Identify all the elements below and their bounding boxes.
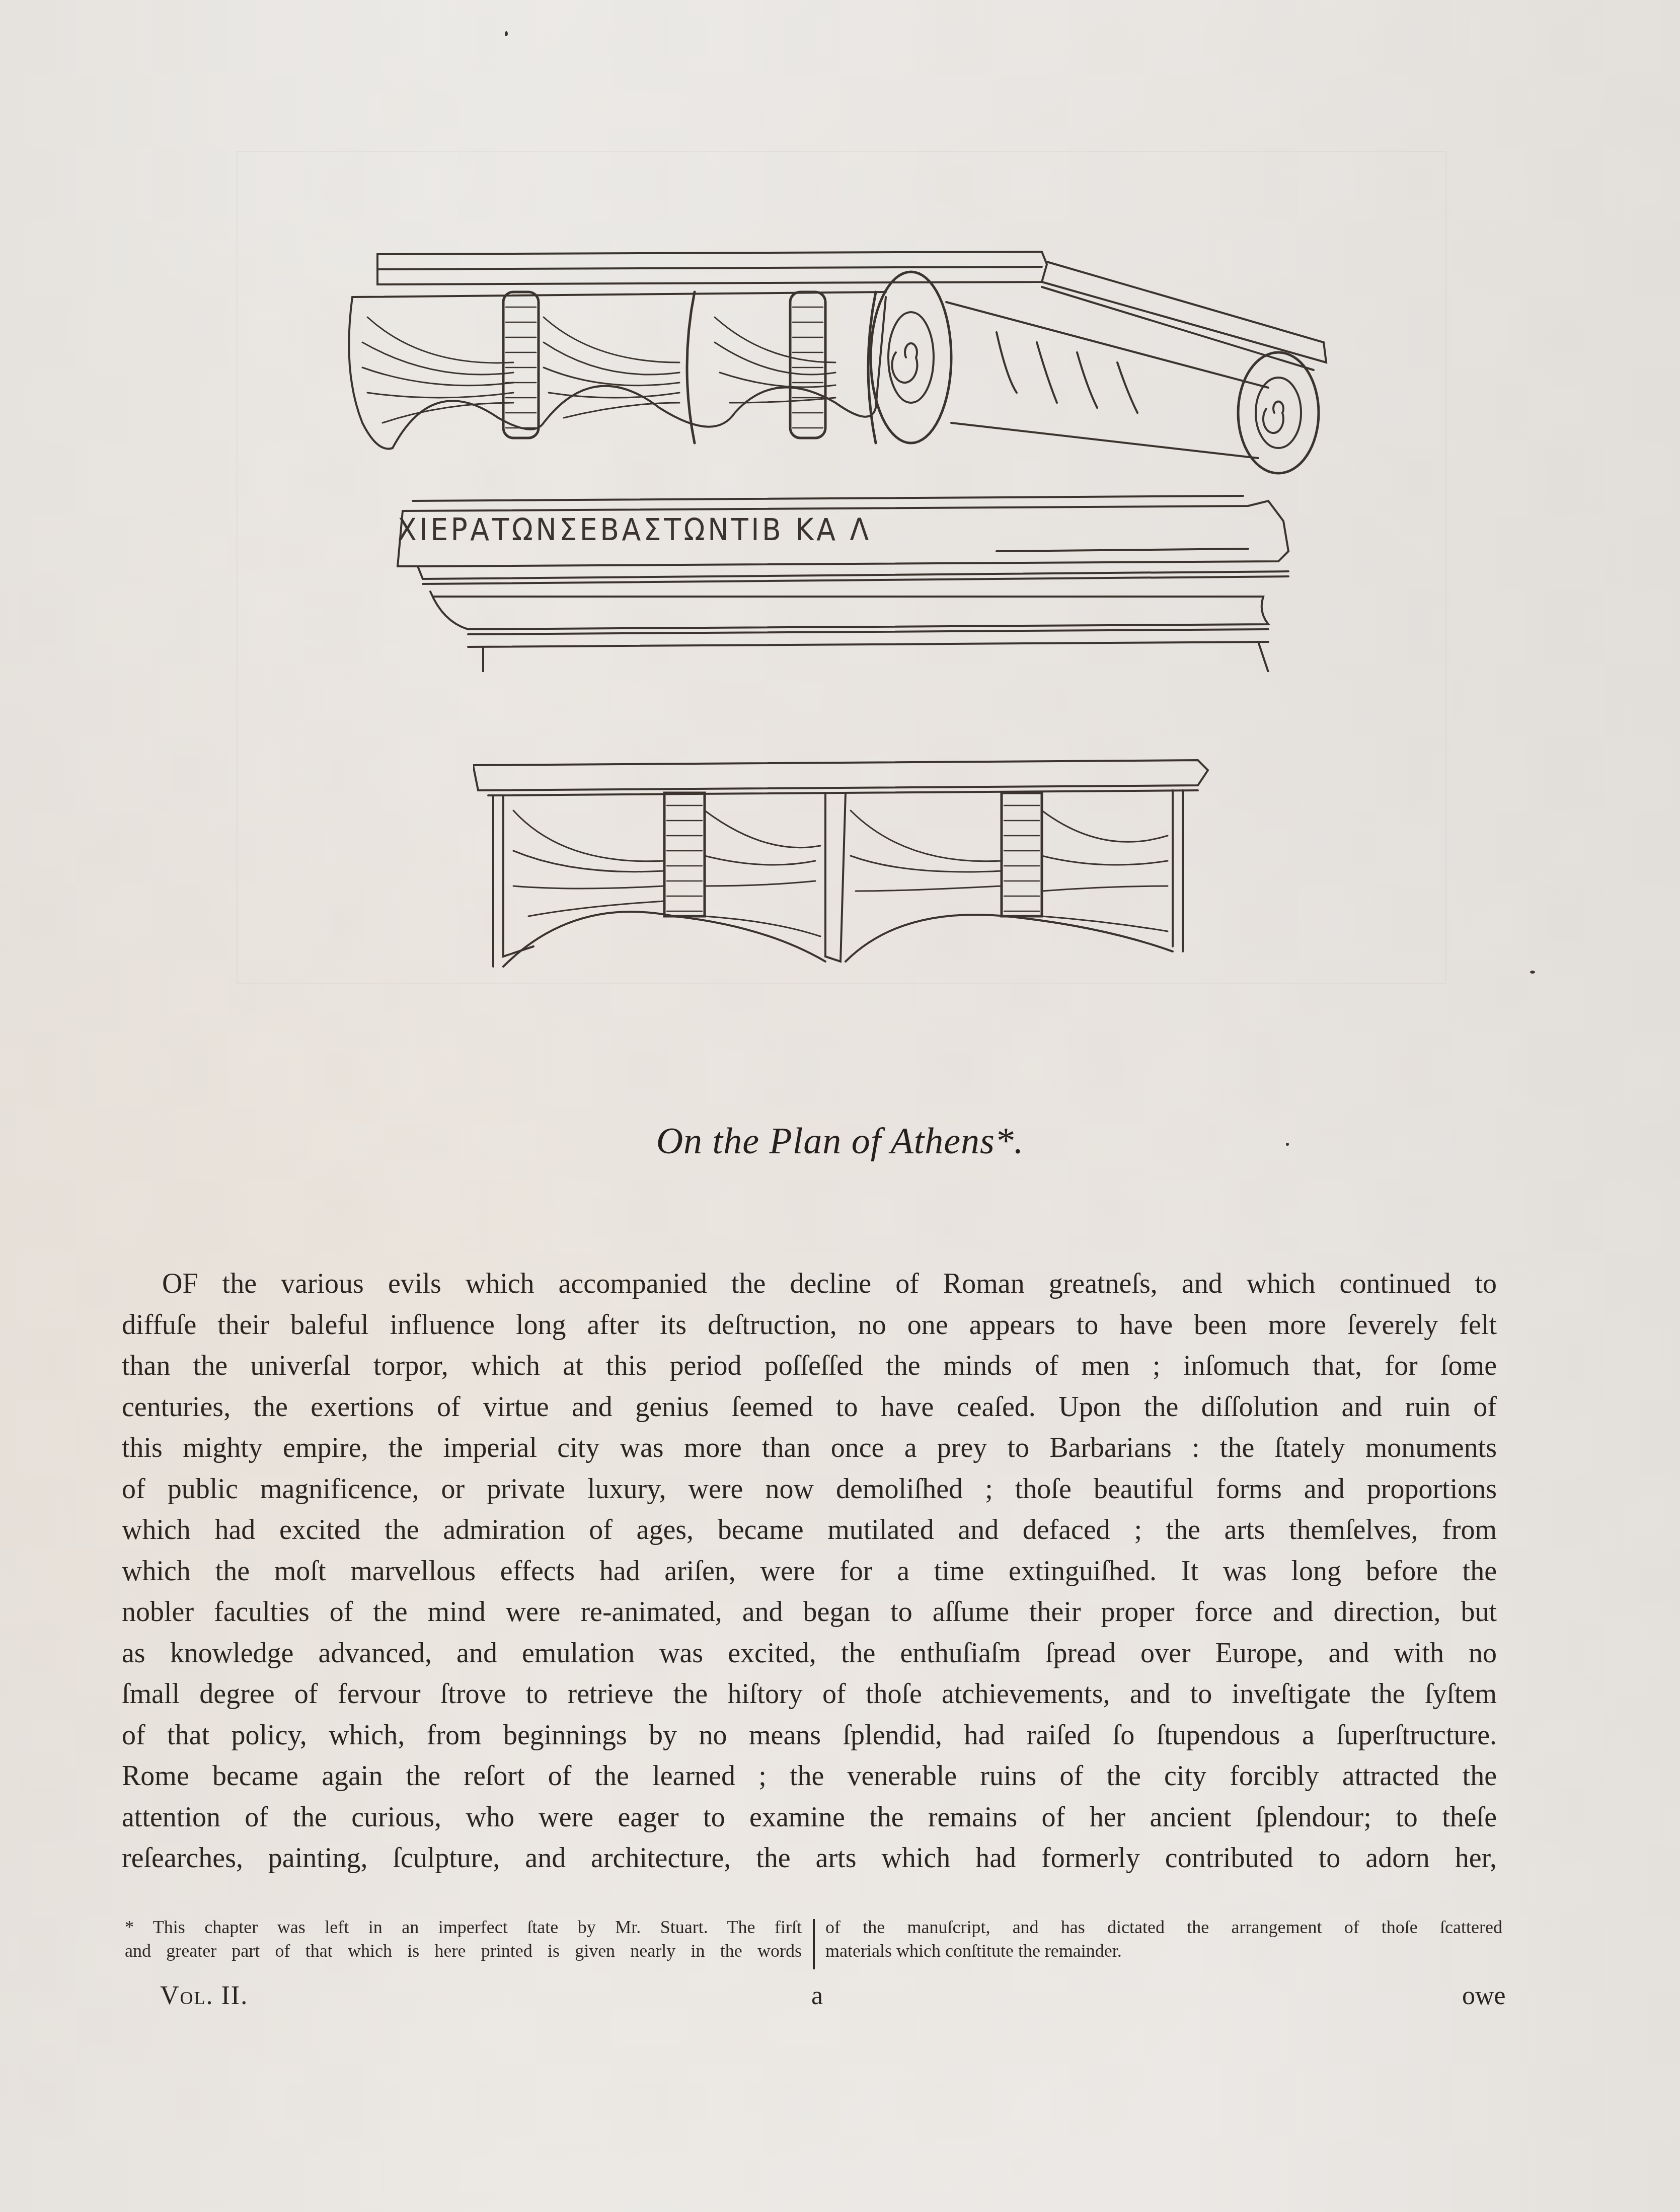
- text-line: centuries, the exertions of virtue and g…: [122, 1387, 1497, 1428]
- paper-speck: [505, 31, 508, 36]
- text-line: this mighty empire, the imperial city wa…: [122, 1428, 1497, 1469]
- text-line: which the moſt marvellous effects had ar…: [122, 1551, 1497, 1592]
- text-line: which had excited the admiration of ages…: [122, 1510, 1497, 1551]
- paper-speck: [1286, 1143, 1289, 1146]
- text-line: ſmall degree of fervour ſtrove to retrie…: [122, 1674, 1497, 1715]
- book-page: ΧΙΕΡΑΤΩΝΣΕΒΑΣΤΩΝΤΙΒ ΚΑ Λ: [0, 0, 1680, 2212]
- footnote-line: and greater part of that which is here p…: [125, 1939, 802, 1963]
- body-paragraph: OF the various evils which accompanied t…: [122, 1264, 1497, 1879]
- text-line: diffuſe their baleful influence long aft…: [122, 1305, 1497, 1346]
- text-line: as knowledge advanced, and emulation was…: [122, 1633, 1497, 1674]
- footnote-line: materials which conſtitute the remainder…: [825, 1939, 1502, 1963]
- text-line: nobler faculties of the mind were re-ani…: [122, 1592, 1497, 1633]
- footnote-column-divider: [813, 1919, 815, 1969]
- text-line: reſearches, painting, ſculpture, and arc…: [122, 1838, 1497, 1879]
- text-line: attention of the curious, who were eager…: [122, 1797, 1497, 1838]
- text-line: of that policy, which, from beginnings b…: [122, 1715, 1497, 1756]
- greek-inscription: ΧΙΕΡΑΤΩΝΣΕΒΑΣΤΩΝΤΙΒ ΚΑ Λ: [398, 512, 1046, 548]
- capital-front-engraving: [473, 755, 1218, 972]
- footnote-right-column: of the manuſcript, and has dictated the …: [825, 1915, 1502, 1963]
- text-line: Rome became again the reſort of the lear…: [122, 1756, 1497, 1797]
- footnote-line: * This chapter was left in an imperfect …: [125, 1915, 802, 1939]
- volume-label: Vol. II.: [160, 1981, 248, 2011]
- text-line: of public magnificence, or private luxur…: [122, 1469, 1497, 1510]
- paper-speck: [1530, 971, 1535, 974]
- text-line: OF the various evils which accompanied t…: [122, 1264, 1497, 1305]
- chapter-title: On the Plan of Athens*.: [0, 1120, 1680, 1163]
- ionic-capital-engraving: [332, 242, 1344, 478]
- signature-mark: a: [811, 1981, 823, 2011]
- footnote-left-column: * This chapter was left in an imperfect …: [125, 1915, 802, 1963]
- catchword: owe: [1462, 1981, 1506, 2011]
- text-line: than the univerſal torpor, which at this…: [122, 1346, 1497, 1387]
- footnote-line: of the manuſcript, and has dictated the …: [825, 1915, 1502, 1939]
